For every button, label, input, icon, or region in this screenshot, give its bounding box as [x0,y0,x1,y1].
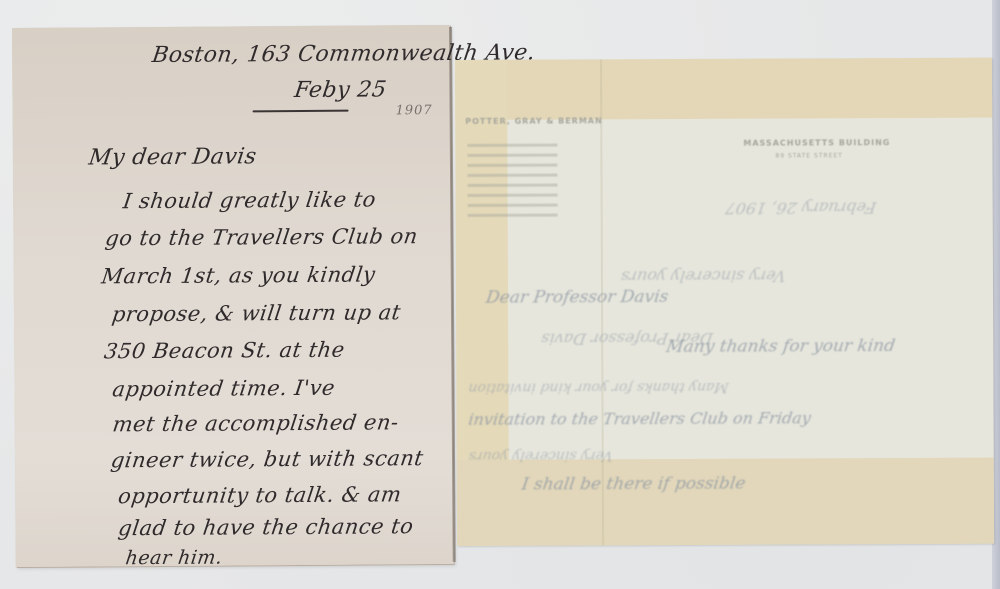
carbon-copy-letter-right: POTTER, GRAY & BERMAN MASSACHUSETTS BUIL… [455,58,994,546]
ghost-line: Many thanks for your kind [665,336,896,357]
letter-date: Feby 25 [293,77,388,103]
mirrored-line: Very sincerely yours [468,447,614,464]
letter-line: propose, & will turn up at [110,300,402,326]
ghost-line: invitation to the Travellers Club on Fri… [467,408,812,429]
letterhead-building: MASSACHUSETTS BUILDING [743,138,890,148]
date-underline [253,110,349,113]
letter-line: gineer twice, but with scant [109,446,425,472]
letter-line: met the accomplished en- [111,410,400,436]
mirrored-line: Very sincerely yours [620,267,787,287]
letter-line: opportunity to talk. & am [117,482,403,508]
letter-line: appointed time. I've [111,376,337,402]
ghost-line: I shall be there if possible [520,474,746,495]
year-pencil-annotation: 1907 [396,103,433,118]
letter-line: 350 Beacon St. at the [103,338,347,364]
paper-bottom-band [457,458,994,546]
handwritten-letter-left: Boston, 163 Commonwealth Ave. Feby 25 19… [12,25,454,567]
letter-salutation: My dear Davis [87,144,258,170]
letter-line: go to the Travellers Club on [104,224,420,250]
mirrored-line: Many thanks for your kind invitation [467,379,729,396]
letterhead-partner-list [467,144,557,224]
letter-line: March 1st, as you kindly [100,262,377,288]
ghost-line: Dear Professor Davis [485,287,670,308]
letter-line: I should greatly like to [122,187,378,213]
paper-top-band [455,58,992,120]
letterhead-firm: POTTER, GRAY & BERMAN [465,116,602,126]
letter-line: hear him. [124,547,224,570]
letterhead-street: 89 STATE STREET [775,152,842,159]
mirrored-date-line: February 26, 1907 [724,198,877,218]
letter-line: glad to have the chance to [117,514,415,540]
